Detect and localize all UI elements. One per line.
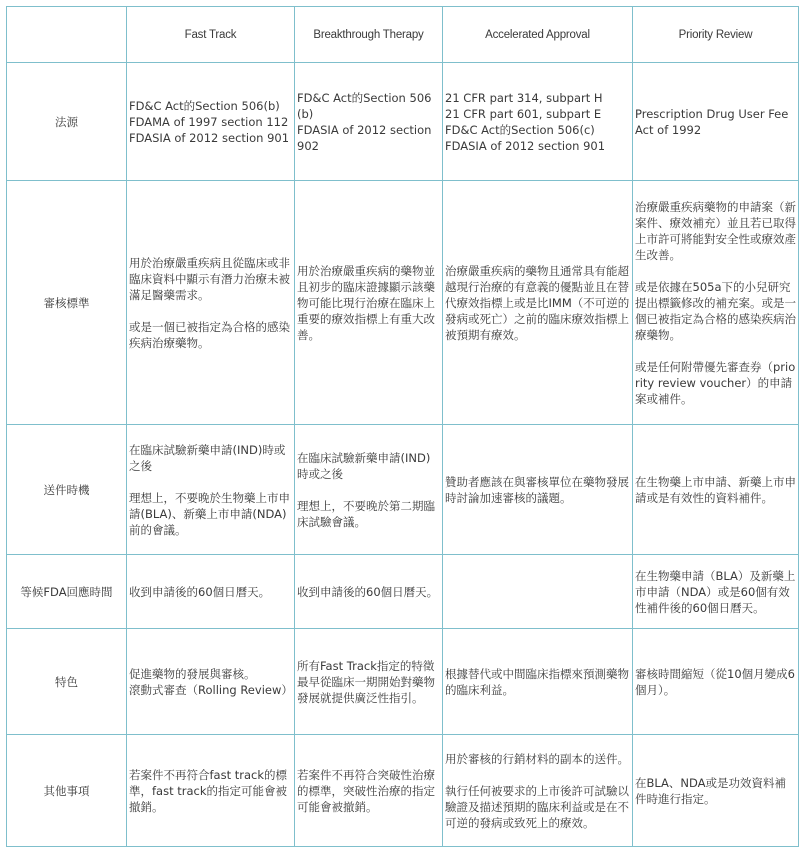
cell-features-fast-track: 促進藥物的發展與審核。 滾動式審查（Rolling Review）: [127, 629, 295, 735]
cell-paragraph: Prescription Drug User Fee Act of 1992: [635, 106, 796, 138]
cell-paragraph: 用於治療嚴重疾病的藥物並且初步的臨床證據顯示該藥物可能比現行治療在臨床上重要的療…: [297, 263, 440, 343]
cell-submission-timing-breakthrough-therapy: 在臨床試驗新藥申請(IND)時或之後理想上，不要晚於第二期臨床試驗會議。: [295, 425, 443, 555]
cell-paragraph: 收到申請後的60個日曆天。: [129, 584, 292, 600]
row-header-fda-response-time: 等候FDA回應時間: [7, 555, 127, 629]
cell-paragraph: 治療嚴重疾病藥物的申請案（新案件、療效補充）並且若已取得上市許可將能對安全性或療…: [635, 199, 796, 263]
table-row-review-criteria: 審核標準用於治療嚴重疾病且從臨床或非臨床資料中顯示有潛力治療未被滿足醫藥需求。或…: [7, 181, 799, 425]
cell-legal-basis-accelerated-approval: 21 CFR part 314, subpart H 21 CFR part 6…: [443, 63, 633, 181]
cell-paragraph: 根據替代或中間臨床指標來預測藥物的臨床利益。: [445, 666, 630, 698]
cell-paragraph: 在生物藥申請（BLA）及新藥上市申請（NDA）或是60個有效性補件後的60個日曆…: [635, 568, 796, 616]
cell-fda-response-time-accelerated-approval: [443, 555, 633, 629]
row-header-submission-timing: 送件時機: [7, 425, 127, 555]
cell-paragraph: 若案件不再符合突破性治療的標準，突破性治療的指定可能會被撤銷。: [297, 767, 440, 815]
header-row: Fast Track Breakthrough Therapy Accelera…: [7, 7, 799, 63]
cell-paragraph: 用於治療嚴重疾病且從臨床或非臨床資料中顯示有潛力治療未被滿足醫藥需求。: [129, 255, 292, 303]
cell-review-criteria-priority-review: 治療嚴重疾病藥物的申請案（新案件、療效補充）並且若已取得上市許可將能對安全性或療…: [633, 181, 799, 425]
cell-paragraph: 所有Fast Track指定的特徵最早從臨床一期開始對藥物發展就提供廣泛性指引。: [297, 658, 440, 706]
designation-comparison-table: Fast Track Breakthrough Therapy Accelera…: [6, 6, 799, 847]
cell-paragraph: 21 CFR part 314, subpart H 21 CFR part 6…: [445, 90, 630, 154]
cell-paragraph: 在臨床試驗新藥申請(IND)時或之後: [297, 450, 440, 482]
cell-submission-timing-accelerated-approval: 贊助者應該在與審核單位在藥物發展時討論加速審核的議題。: [443, 425, 633, 555]
cell-other-notes-priority-review: 在BLA、NDA或是功效資料補件時進行指定。: [633, 735, 799, 847]
cell-legal-basis-breakthrough-therapy: FD&C Act的Section 506(b) FDASIA of 2012 s…: [295, 63, 443, 181]
cell-paragraph: 贊助者應該在與審核單位在藥物發展時討論加速審核的議題。: [445, 474, 630, 506]
cell-paragraph: 在臨床試驗新藥申請(IND)時或之後: [129, 442, 292, 474]
cell-legal-basis-fast-track: FD&C Act的Section 506(b) FDAMA of 1997 se…: [127, 63, 295, 181]
row-header-features: 特色: [7, 629, 127, 735]
cell-submission-timing-fast-track: 在臨床試驗新藥申請(IND)時或之後理想上，不要晚於生物藥上市申請(BLA)、新…: [127, 425, 295, 555]
cell-paragraph: 理想上，不要晚於第二期臨床試驗會議。: [297, 498, 440, 530]
cell-paragraph: 或是一個已被指定為合格的感染疾病治療藥物。: [129, 319, 292, 351]
cell-fda-response-time-priority-review: 在生物藥申請（BLA）及新藥上市申請（NDA）或是60個有效性補件後的60個日曆…: [633, 555, 799, 629]
cell-paragraph: 執行任何被要求的上市後許可試驗以驗證及描述預期的臨床利益或是在不可逆的發病或致死…: [445, 783, 630, 831]
cell-paragraph: FD&C Act的Section 506(b) FDASIA of 2012 s…: [297, 90, 440, 154]
row-header-other-notes: 其他事項: [7, 735, 127, 847]
cell-other-notes-breakthrough-therapy: 若案件不再符合突破性治療的標準，突破性治療的指定可能會被撤銷。: [295, 735, 443, 847]
column-header-accelerated-approval: Accelerated Approval: [443, 7, 633, 63]
column-header-fast-track: Fast Track: [127, 7, 295, 63]
cell-paragraph: 促進藥物的發展與審核。 滾動式審查（Rolling Review）: [129, 666, 292, 698]
table-row-other-notes: 其他事項若案件不再符合fast track的標準，fast track的指定可能…: [7, 735, 799, 847]
cell-fda-response-time-fast-track: 收到申請後的60個日曆天。: [127, 555, 295, 629]
cell-paragraph: 或是依據在505a下的小兒研究提出標籤修改的補充案。或是一個已被指定為合格的感染…: [635, 279, 796, 343]
cell-paragraph: 收到申請後的60個日曆天。: [297, 584, 440, 600]
cell-legal-basis-priority-review: Prescription Drug User Fee Act of 1992: [633, 63, 799, 181]
cell-paragraph: 若案件不再符合fast track的標準，fast track的指定可能會被撤銷…: [129, 767, 292, 815]
cell-review-criteria-accelerated-approval: 治療嚴重疾病的藥物且通常具有能超越現行治療的有意義的優點並且在替代療效指標上或是…: [443, 181, 633, 425]
cell-paragraph: 用於審核的行銷材料的副本的送件。: [445, 751, 630, 767]
cell-other-notes-accelerated-approval: 用於審核的行銷材料的副本的送件。執行任何被要求的上市後許可試驗以驗證及描述預期的…: [443, 735, 633, 847]
cell-review-criteria-fast-track: 用於治療嚴重疾病且從臨床或非臨床資料中顯示有潛力治療未被滿足醫藥需求。或是一個已…: [127, 181, 295, 425]
cell-features-priority-review: 審核時間縮短（從10個月變成6個月）。: [633, 629, 799, 735]
corner-header-cell: [7, 7, 127, 63]
cell-other-notes-fast-track: 若案件不再符合fast track的標準，fast track的指定可能會被撤銷…: [127, 735, 295, 847]
table-row-fda-response-time: 等候FDA回應時間收到申請後的60個日曆天。收到申請後的60個日曆天。在生物藥申…: [7, 555, 799, 629]
cell-features-breakthrough-therapy: 所有Fast Track指定的特徵最早從臨床一期開始對藥物發展就提供廣泛性指引。: [295, 629, 443, 735]
cell-fda-response-time-breakthrough-therapy: 收到申請後的60個日曆天。: [295, 555, 443, 629]
cell-paragraph: FD&C Act的Section 506(b) FDAMA of 1997 se…: [129, 98, 292, 146]
cell-paragraph: 治療嚴重疾病的藥物且通常具有能超越現行治療的有意義的優點並且在替代療效指標上或是…: [445, 263, 630, 343]
cell-paragraph: 在BLA、NDA或是功效資料補件時進行指定。: [635, 775, 796, 807]
column-header-priority-review: Priority Review: [633, 7, 799, 63]
cell-paragraph: 或是任何附帶優先審查券（priority review voucher）的申請案…: [635, 359, 796, 407]
row-header-legal-basis: 法源: [7, 63, 127, 181]
cell-paragraph: 在生物藥上市申請、新藥上市申請或是有效性的資料補件。: [635, 474, 796, 506]
cell-review-criteria-breakthrough-therapy: 用於治療嚴重疾病的藥物並且初步的臨床證據顯示該藥物可能比現行治療在臨床上重要的療…: [295, 181, 443, 425]
cell-paragraph: 審核時間縮短（從10個月變成6個月）。: [635, 666, 796, 698]
cell-features-accelerated-approval: 根據替代或中間臨床指標來預測藥物的臨床利益。: [443, 629, 633, 735]
row-header-review-criteria: 審核標準: [7, 181, 127, 425]
table-row-features: 特色促進藥物的發展與審核。 滾動式審查（Rolling Review）所有Fas…: [7, 629, 799, 735]
column-header-breakthrough-therapy: Breakthrough Therapy: [295, 7, 443, 63]
cell-submission-timing-priority-review: 在生物藥上市申請、新藥上市申請或是有效性的資料補件。: [633, 425, 799, 555]
table-row-legal-basis: 法源FD&C Act的Section 506(b) FDAMA of 1997 …: [7, 63, 799, 181]
cell-paragraph: 理想上，不要晚於生物藥上市申請(BLA)、新藥上市申請(NDA)前的會議。: [129, 490, 292, 538]
table-row-submission-timing: 送件時機在臨床試驗新藥申請(IND)時或之後理想上，不要晚於生物藥上市申請(BL…: [7, 425, 799, 555]
